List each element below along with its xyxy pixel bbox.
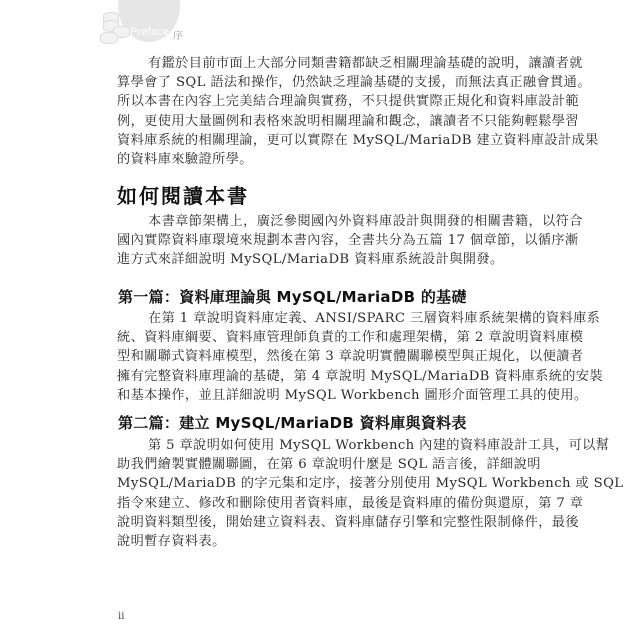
section-heading: 如何閱讀本書 <box>117 180 249 209</box>
text-line: MySQL/MariaDB 的字元集和定序，接著分別使用 MySQL Workb… <box>117 474 525 493</box>
page-number: ii <box>118 611 124 622</box>
text-line: 國內實際資料庫環境來規劃本書內容，全書共分為五篇 17 個章節，以循序漸 <box>117 231 525 250</box>
text-line: 所以本書在內容上完美結合理論與實務，不只提供實際正規化和資料庫設計範 <box>117 92 525 111</box>
text-line: 統、資料庫綱要、資料庫管理師負責的工作和處理架構，第 2 章說明資料庫模 <box>117 328 525 347</box>
part-2-heading: 第二篇：建立 MySQL/MariaDB 資料庫與資料表 <box>118 412 467 433</box>
text-line: 擁有完整資料庫理論的基礎，第 4 章說明 MySQL/MariaDB 資料庫系統… <box>117 367 525 386</box>
text-line: 例，更使用大量圖例和表格來說明相關理論和觀念，讓讀者不只能夠輕鬆學習 <box>117 112 525 131</box>
text-line: 有鑑於目前市面上大部分同類書籍都缺乏相關理論基礎的說明，讓讀者就 <box>117 54 525 73</box>
text-line: 說明暫存資料表。 <box>117 532 525 551</box>
reading-paragraph: 本書章節架構上，廣泛參閱國內外資料庫設計與開發的相關書籍，以符合 國內實際資料庫… <box>117 212 525 270</box>
intro-paragraph: 有鑑於目前市面上大部分同類書籍都缺乏相關理論基礎的說明，讓讀者就 算學會了 SQ… <box>117 54 525 169</box>
text-line: 和基本操作，並且詳細說明 MySQL Workbench 圖形介面管理工具的使用… <box>117 386 525 405</box>
header-label-en: Preface <box>130 26 169 38</box>
text-line: 助我們繪製實體關聯圖，在第 6 章說明什麼是 SQL 語言後，詳細說明 <box>117 455 525 474</box>
header-label-zh: 序 <box>173 27 183 42</box>
text-line: 說明資料類型後，開始建立資料表、資料庫儲存引擎和完整性限制條件，最後 <box>117 513 525 532</box>
text-line: 在第 1 章說明資料庫定義、ANSI/SPARC 三層資料庫系統架構的資料庫系 <box>117 309 525 328</box>
text-line: 進方式來詳細說明 MySQL/MariaDB 資料庫系統設計與開發。 <box>117 250 525 269</box>
text-line: 第 5 章說明如何使用 MySQL Workbench 內建的資料庫設計工具，可… <box>117 436 525 455</box>
text-line: 資料庫系統的相關理論，更可以實際在 MySQL/MariaDB 建立資料庫設計成… <box>117 131 525 150</box>
text-line: 的資料庫來驗證所學。 <box>117 150 525 169</box>
text-line: 型和關聯式資料庫模型，然後在第 3 章說明實體關聯模型與正規化，以便讀者 <box>117 347 525 366</box>
text-line: 指令來建立、修改和刪除使用者資料庫，最後是資料庫的備份與還原，第 7 章 <box>117 494 525 513</box>
part-1-paragraph: 在第 1 章說明資料庫定義、ANSI/SPARC 三層資料庫系統架構的資料庫系 … <box>117 309 525 405</box>
part-2-paragraph: 第 5 章說明如何使用 MySQL Workbench 內建的資料庫設計工具，可… <box>117 436 525 551</box>
page-header: Preface 序 <box>0 0 640 50</box>
part-1-heading: 第一篇：資料庫理論與 MySQL/MariaDB 的基礎 <box>118 286 467 307</box>
text-line: 本書章節架構上，廣泛參閱國內外資料庫設計與開發的相關書籍，以符合 <box>117 212 525 231</box>
text-line: 算學會了 SQL 語法和操作，仍然缺乏理論基礎的支援，而無法真正融會貫通。 <box>117 73 525 92</box>
